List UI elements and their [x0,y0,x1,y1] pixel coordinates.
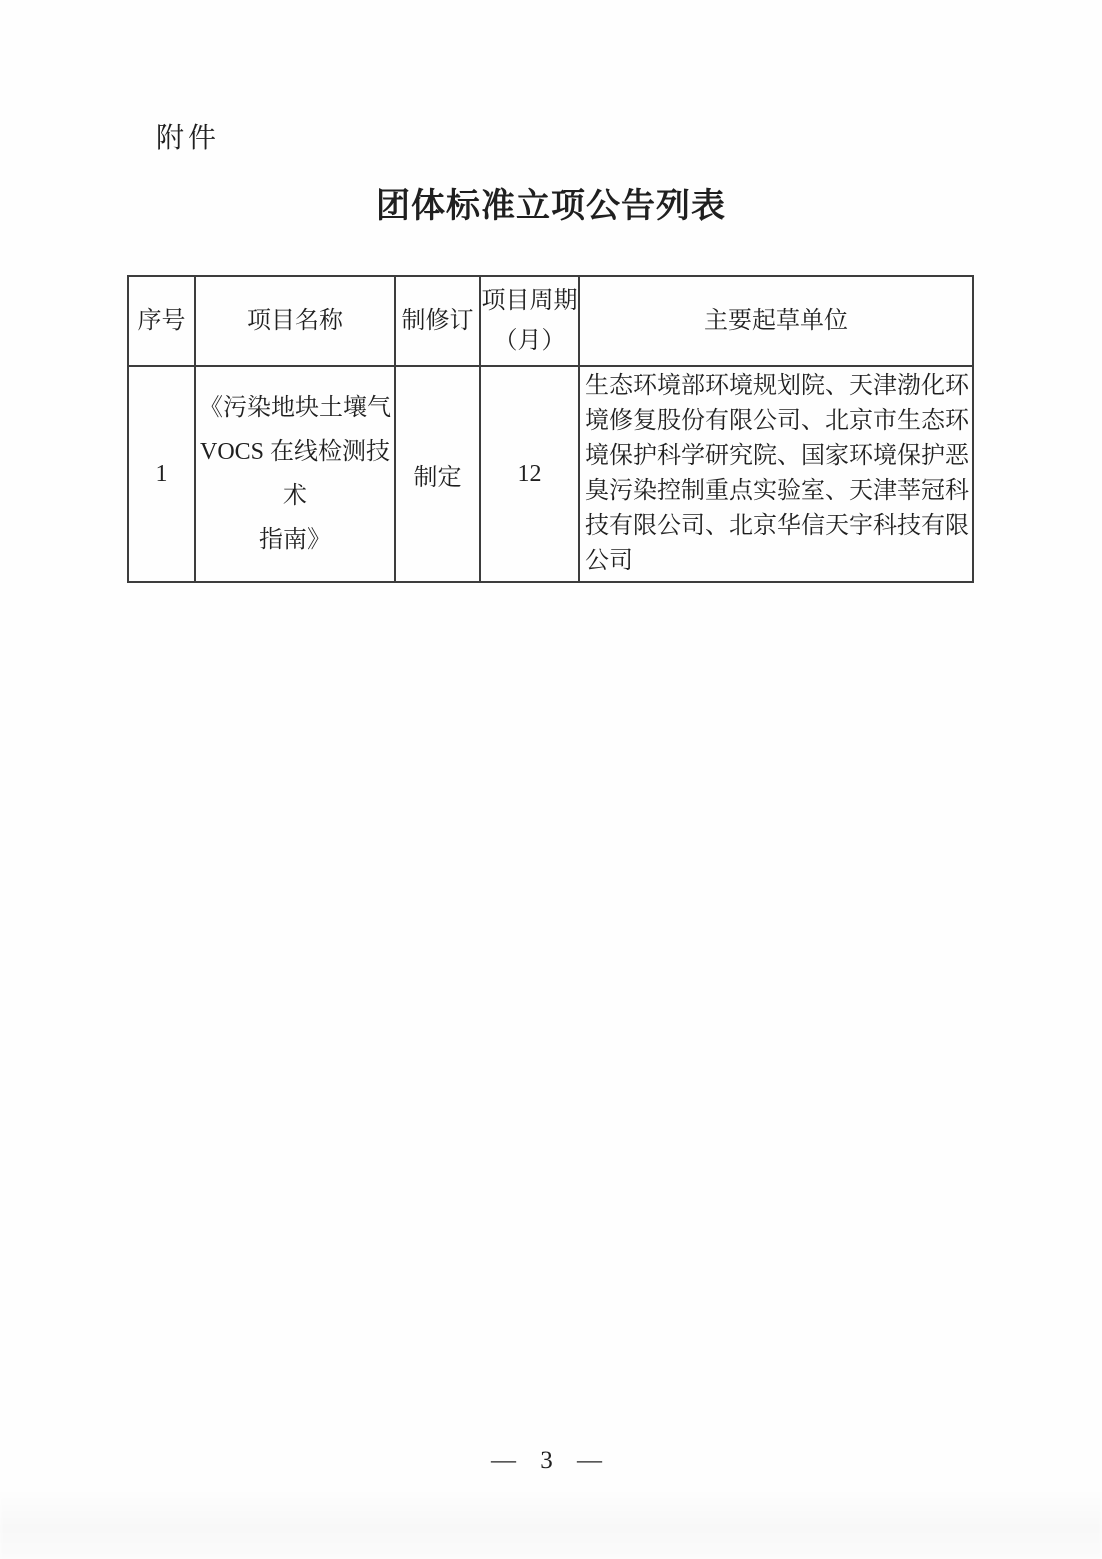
attachment-label: 附件 [156,116,220,156]
header-serial-number: 序号 [128,276,195,366]
table-header-row: 序号 项目名称 制修订 项目周期 （月） 主要起草单位 [128,276,973,366]
cell-project-period: 12 [480,366,579,582]
cell-serial-number: 1 [128,366,195,582]
standards-table: 序号 项目名称 制修订 项目周期 （月） 主要起草单位 1 《污染地块土壤气 V… [127,275,974,583]
header-project-period: 项目周期 （月） [480,276,579,366]
header-drafting-units: 主要起草单位 [579,276,973,366]
document-page: 附件 团体标准立项公告列表 序号 项目名称 制修订 项目周期 （月） 主要起草单… [0,0,1102,1559]
header-revision-type: 制修订 [395,276,480,366]
scan-noise-band [0,1489,1102,1559]
header-project-name: 项目名称 [195,276,395,366]
cell-drafting-units: 生态环境部环境规划院、天津渤化环境修复股份有限公司、北京市生态环境保护科学研究院… [579,366,973,582]
page-title: 团体标准立项公告列表 [0,178,1102,227]
table-row: 1 《污染地块土壤气 VOCS 在线检测技术 指南》 制定 12 生态环境部环境… [128,366,973,582]
cell-project-name: 《污染地块土壤气 VOCS 在线检测技术 指南》 [195,366,395,582]
page-number: — 3 — [0,1447,1102,1475]
cell-revision-type: 制定 [395,366,480,582]
